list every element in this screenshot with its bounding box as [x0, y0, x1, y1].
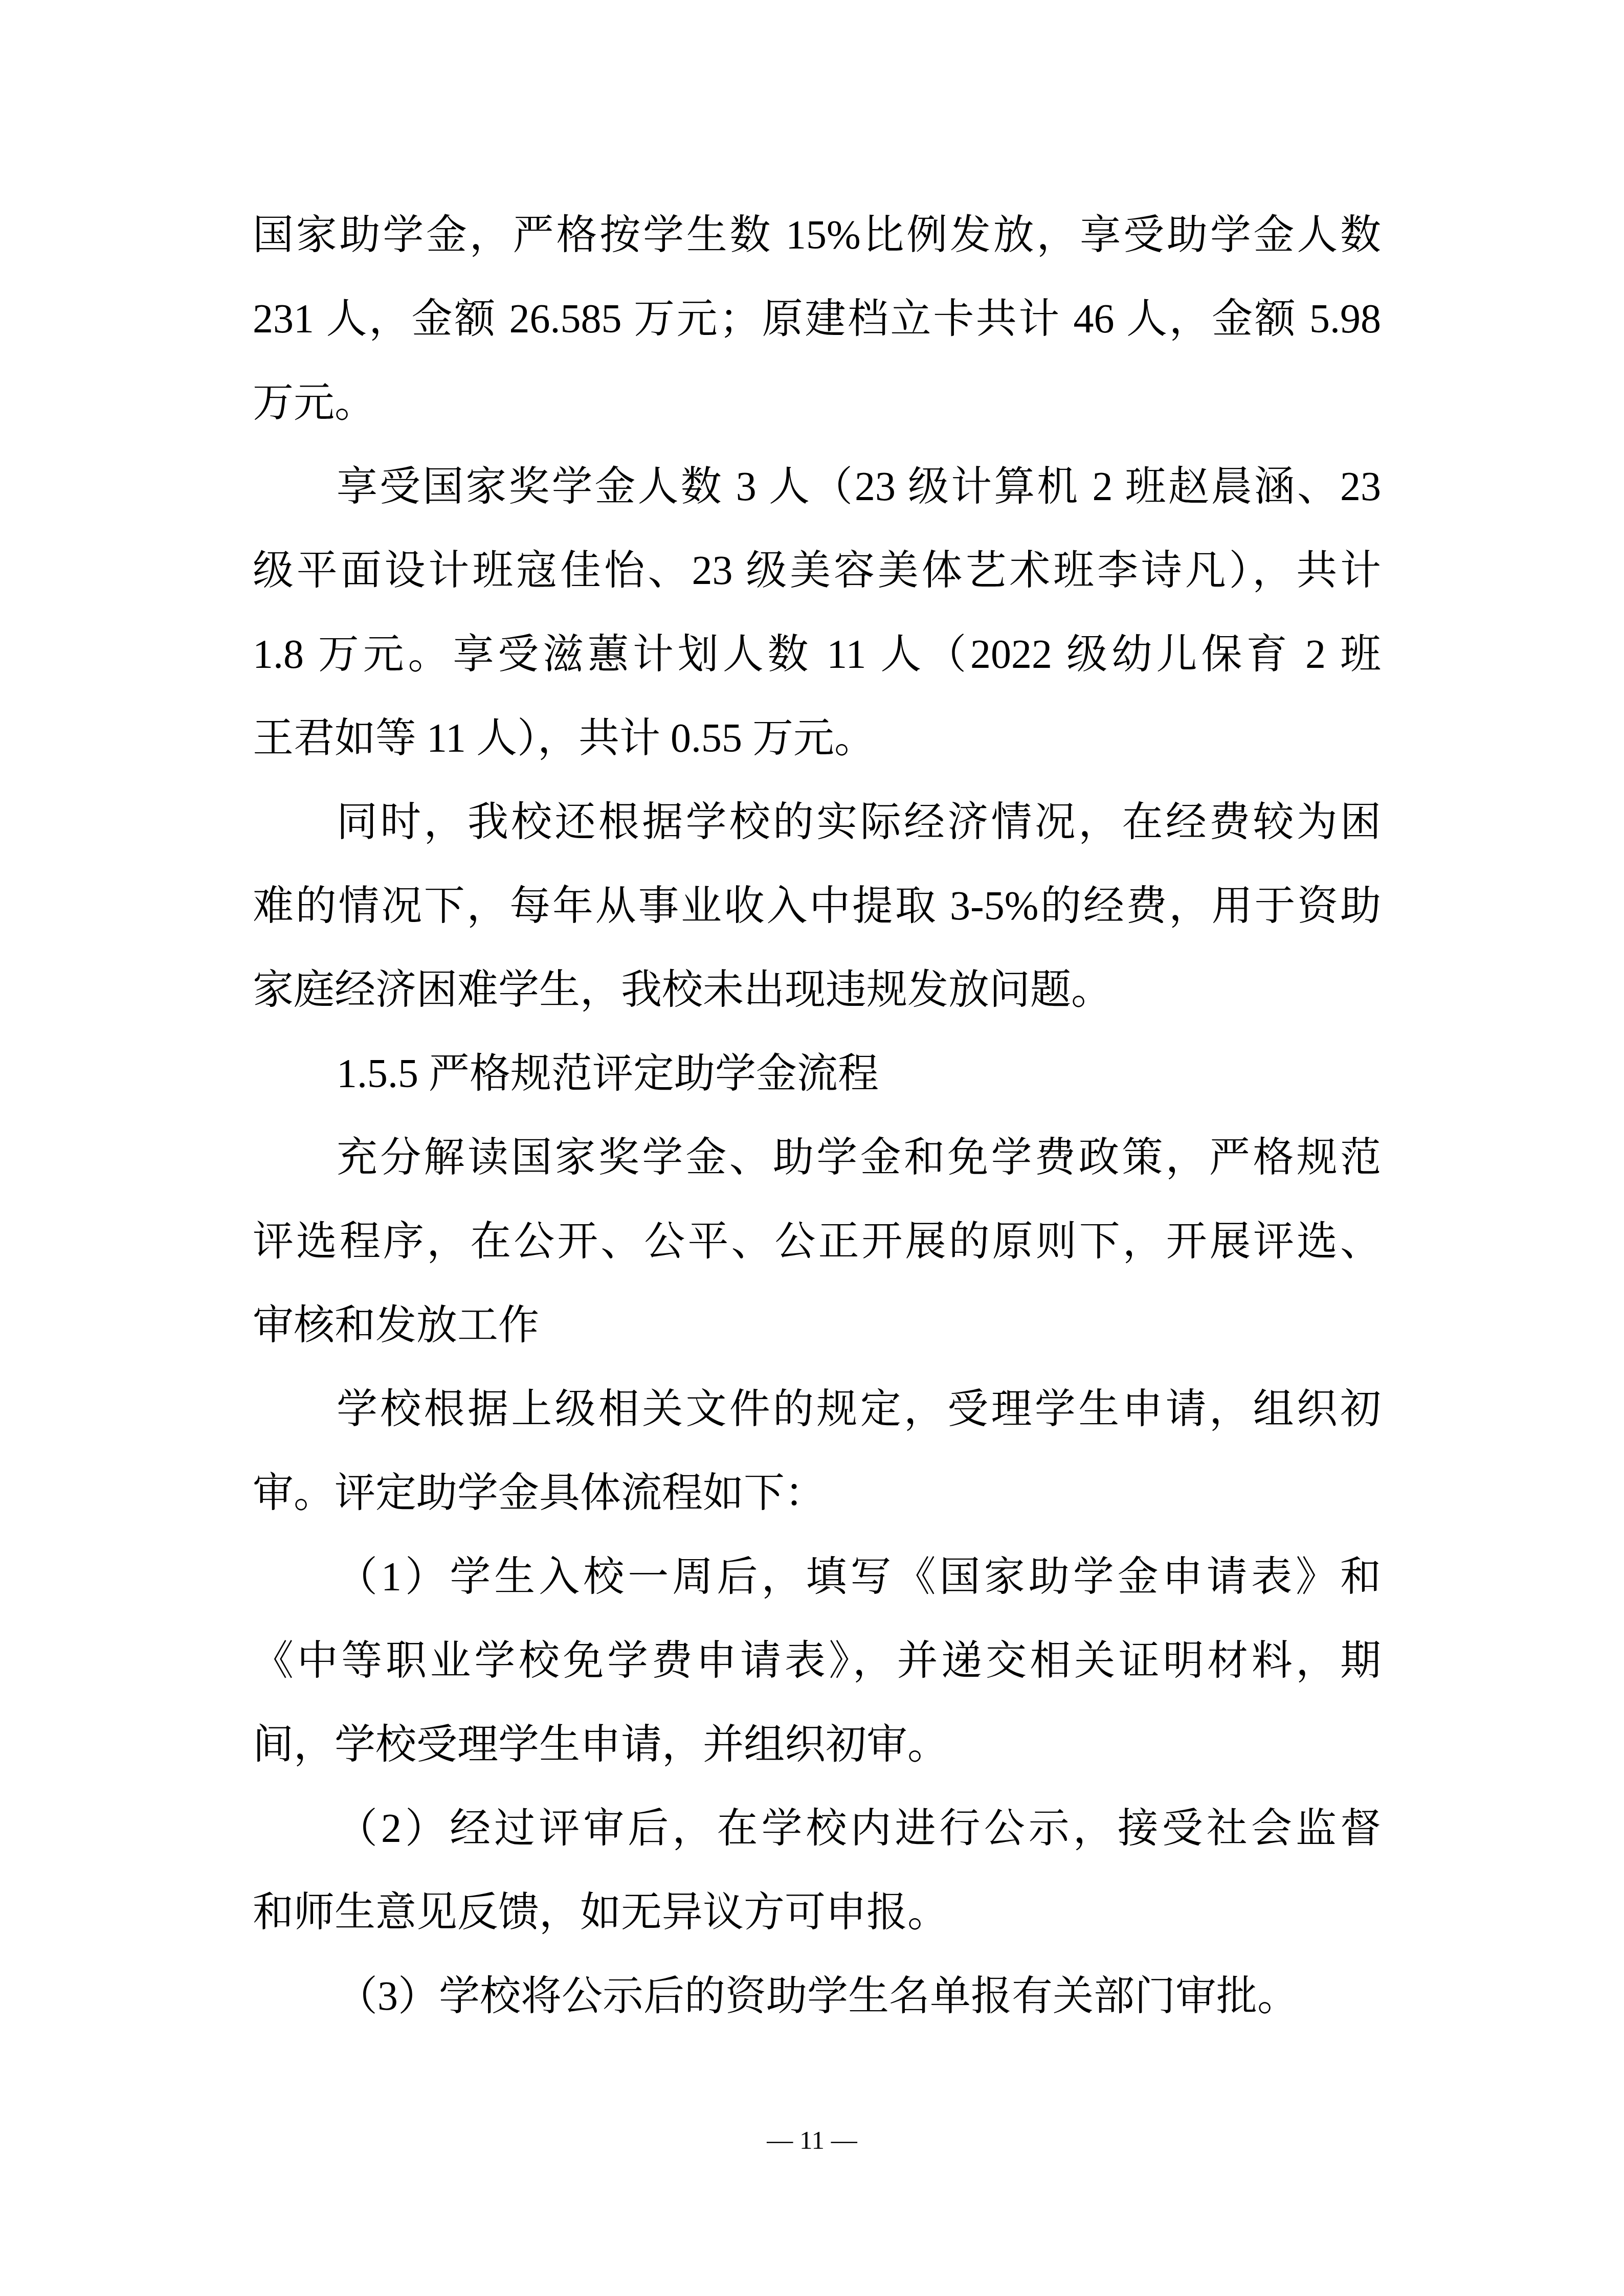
text-line: 学校根据上级相关文件的规定，受理学生申请，组织初 [253, 1367, 1381, 1451]
paragraph: （3）学校将公示后的资助学生名单报有关部门审批。 [253, 1954, 1381, 2038]
text-line: 《中等职业学校免学费申请表》，并递交相关证明材料，期 [253, 1619, 1381, 1703]
text-line: 231 人，金额 26.585 万元；原建档立卡共计 46 人，金额 5.98 [253, 277, 1381, 361]
text-line: （3）学校将公示后的资助学生名单报有关部门审批。 [253, 1954, 1381, 2038]
paragraph: 国家助学金，严格按学生数 15%比例发放，享受助学金人数231 人，金额 26.… [253, 193, 1381, 445]
text-line: 万元。 [253, 361, 1381, 445]
text-line: 和师生意见反馈，如无异议方可申报。 [253, 1871, 1381, 1954]
paragraph: （2）经过评审后，在学校内进行公示，接受社会监督和师生意见反馈，如无异议方可申报… [253, 1787, 1381, 1954]
text-line: 难的情况下，每年从事业收入中提取 3-5%的经费，用于资助 [253, 864, 1381, 948]
page-number: — 11 — [0, 2125, 1624, 2156]
text-line: 审核和发放工作 [253, 1284, 1381, 1367]
paragraph: 1.5.5 严格规范评定助学金流程 [253, 1032, 1381, 1116]
text-line: 国家助学金，严格按学生数 15%比例发放，享受助学金人数 [253, 193, 1381, 277]
text-line: 王君如等 11 人），共计 0.55 万元。 [253, 696, 1381, 780]
text-line: 1.8 万元。享受滋蕙计划人数 11 人（2022 级幼儿保育 2 班 [253, 613, 1381, 696]
text-line: 间，学校受理学生申请，并组织初审。 [253, 1703, 1381, 1787]
text-line: 同时，我校还根据学校的实际经济情况，在经费较为困 [253, 780, 1381, 864]
text-line: 级平面设计班寇佳怡、23 级美容美体艺术班李诗凡），共计 [253, 529, 1381, 613]
text-line: 评选程序，在公开、公平、公正开展的原则下，开展评选、 [253, 1200, 1381, 1284]
paragraph: 享受国家奖学金人数 3 人（23 级计算机 2 班赵晨涵、23级平面设计班寇佳怡… [253, 445, 1381, 780]
text-line: 家庭经济困难学生，我校未出现违规发放问题。 [253, 948, 1381, 1032]
text-line: （2）经过评审后，在学校内进行公示，接受社会监督 [253, 1787, 1381, 1871]
text-line: 充分解读国家奖学金、助学金和免学费政策，严格规范 [253, 1116, 1381, 1200]
document-page: 国家助学金，严格按学生数 15%比例发放，享受助学金人数231 人，金额 26.… [0, 0, 1624, 2296]
text-line: 审。评定助学金具体流程如下： [253, 1451, 1381, 1535]
paragraph: 同时，我校还根据学校的实际经济情况，在经费较为困难的情况下，每年从事业收入中提取… [253, 780, 1381, 1032]
paragraph: 学校根据上级相关文件的规定，受理学生申请，组织初审。评定助学金具体流程如下： [253, 1367, 1381, 1535]
document-body: 国家助学金，严格按学生数 15%比例发放，享受助学金人数231 人，金额 26.… [253, 193, 1381, 2038]
text-line: （1）学生入校一周后，填写《国家助学金申请表》和 [253, 1535, 1381, 1619]
text-line: 1.5.5 严格规范评定助学金流程 [253, 1032, 1381, 1116]
paragraph: 充分解读国家奖学金、助学金和免学费政策，严格规范评选程序，在公开、公平、公正开展… [253, 1116, 1381, 1367]
paragraph: （1）学生入校一周后，填写《国家助学金申请表》和《中等职业学校免学费申请表》，并… [253, 1535, 1381, 1787]
text-line: 享受国家奖学金人数 3 人（23 级计算机 2 班赵晨涵、23 [253, 445, 1381, 529]
